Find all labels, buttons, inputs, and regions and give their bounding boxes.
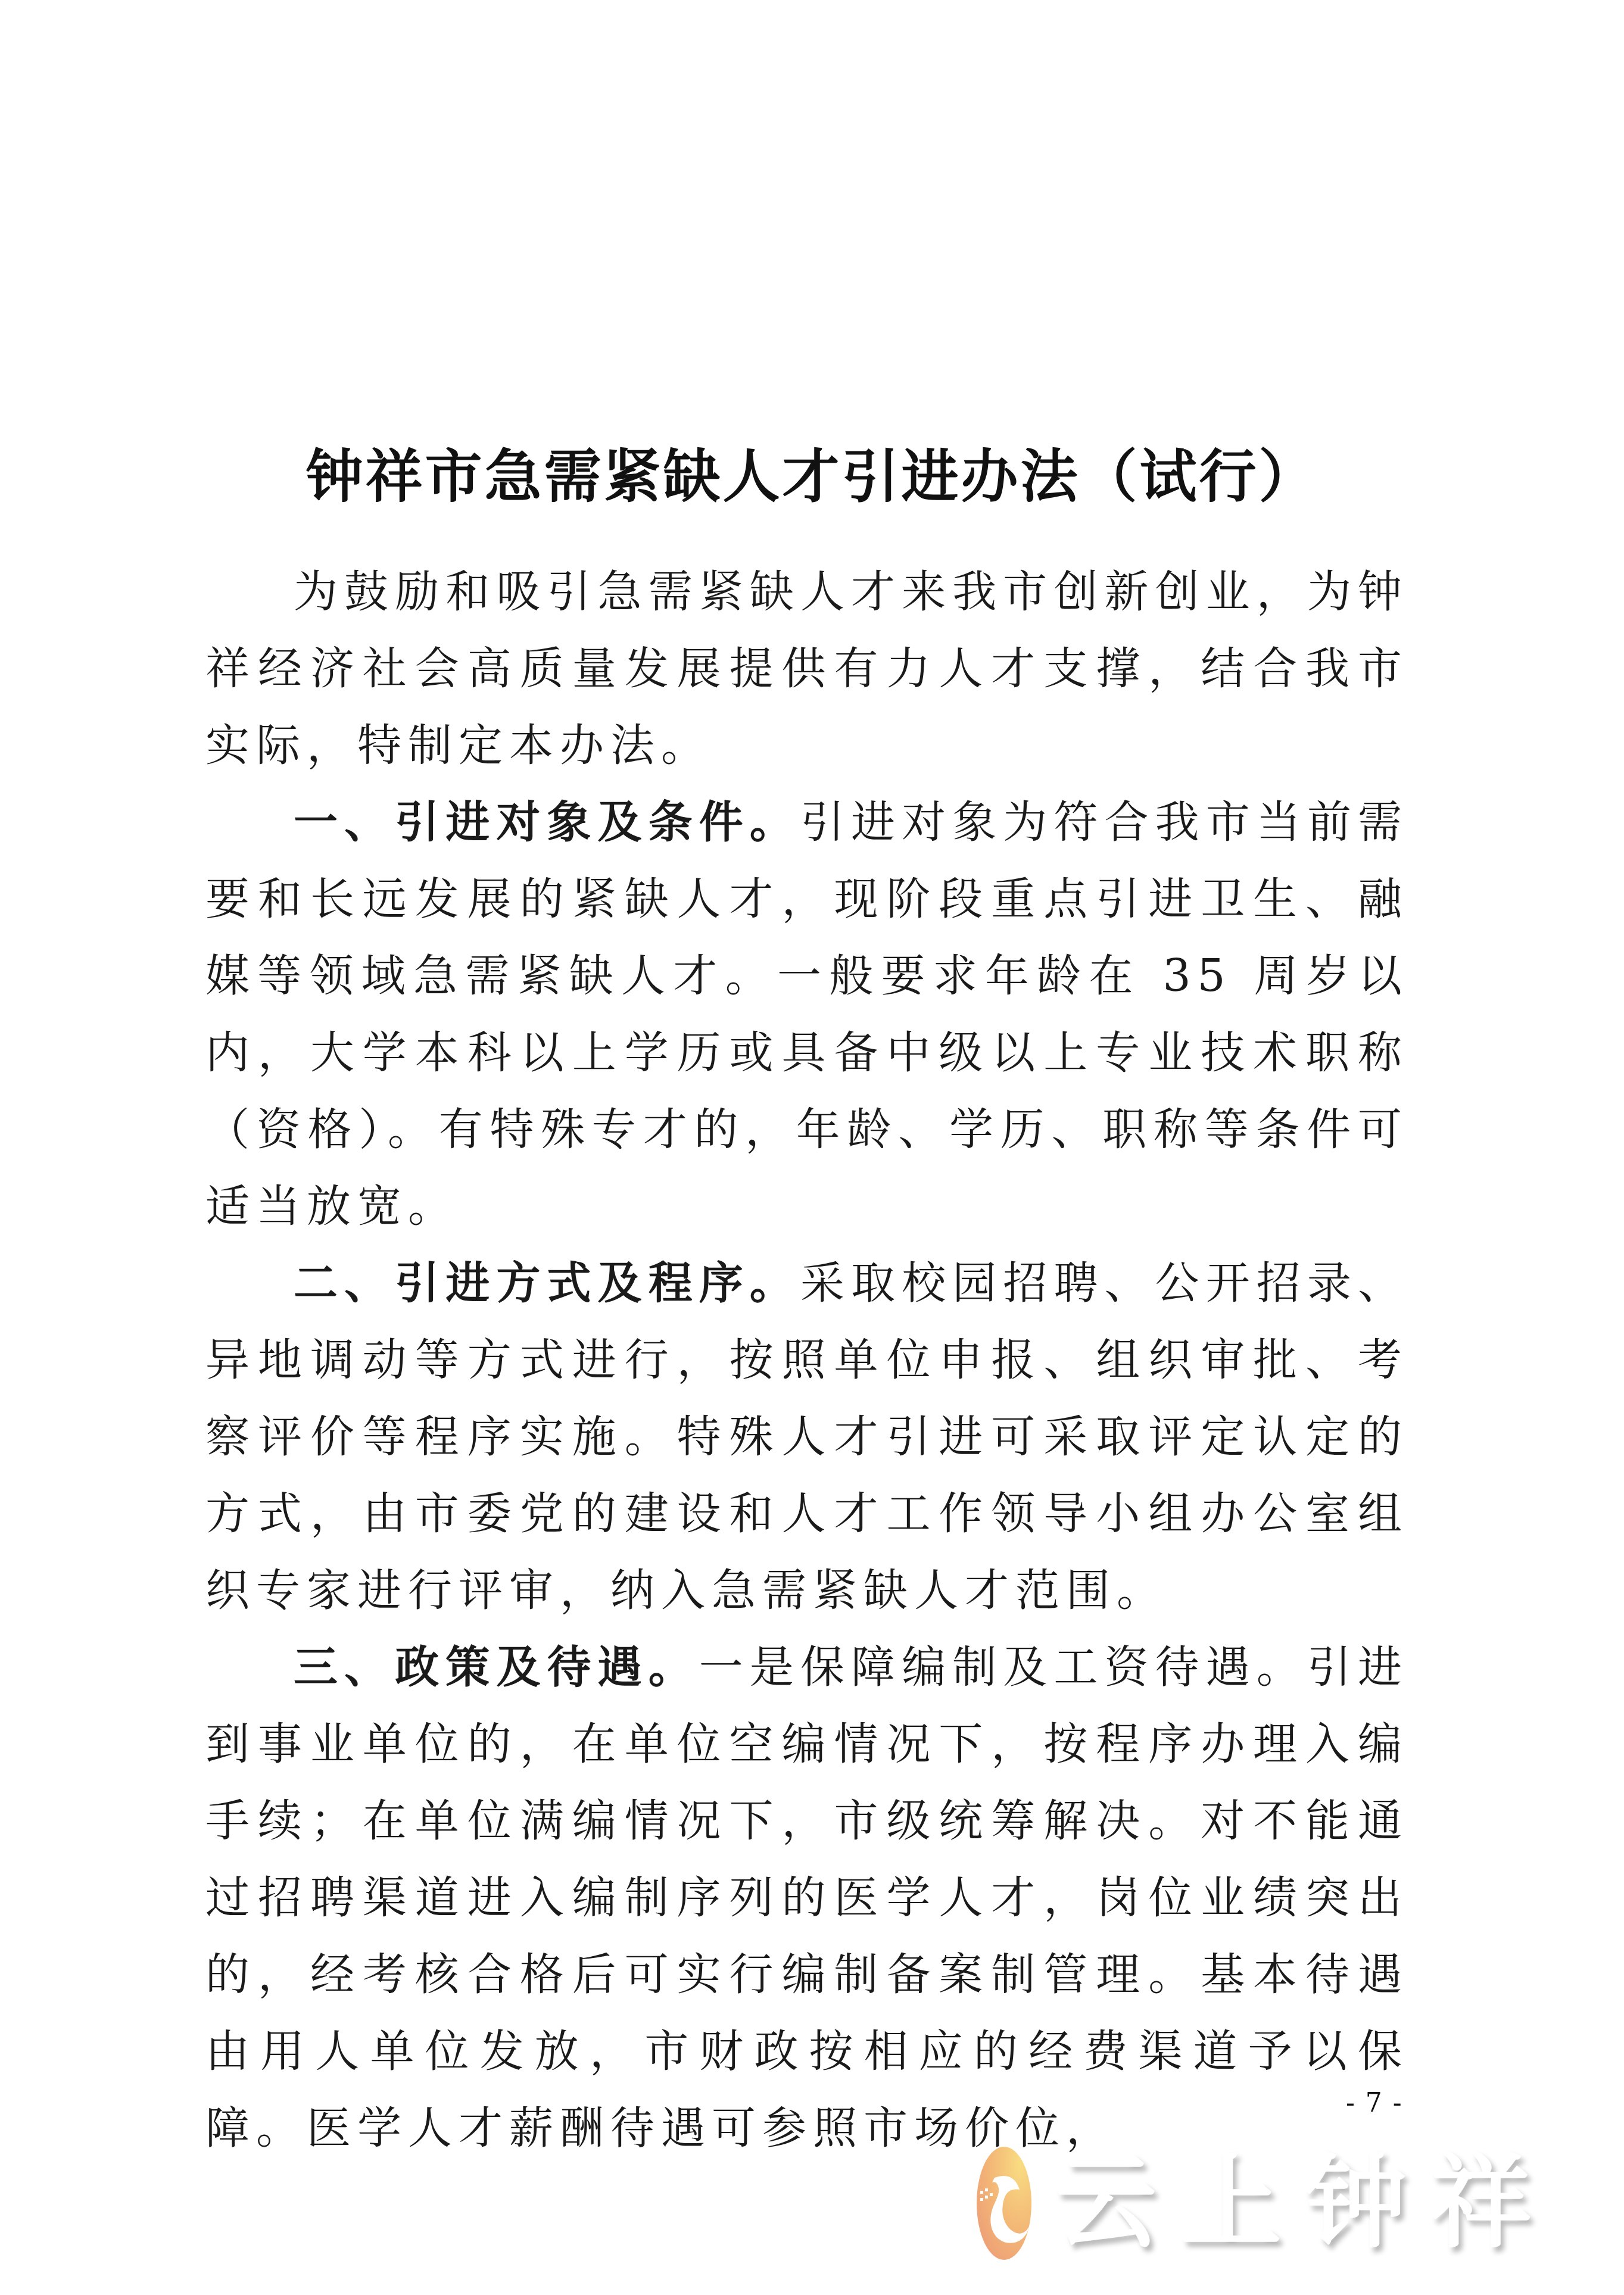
section-3-heading: 三、政策及待遇。	[294, 1642, 699, 1693]
page-number: - 7 -	[1346, 2088, 1403, 2118]
section-3-paragraph: 三、政策及待遇。一是保障编制及工资待遇。引进到事业单位的，在单位空编情况下，按程…	[205, 1629, 1408, 2167]
section-2-heading: 二、引进方式及程序。	[294, 1258, 800, 1309]
section-2-paragraph: 二、引进方式及程序。采取校园招聘、公开招录、异地调动等方式进行，按照单位申报、组…	[205, 1245, 1408, 1629]
paragraph-text: 一是保障编制及工资待遇。引进到事业单位的，在单位空编情况下，按程序办理入编手续；…	[205, 1642, 1408, 2154]
paragraph-text: 引进对象为符合我市当前需要和长远发展的紧缺人才，现阶段重点引进卫生、融媒等领域急…	[205, 797, 1408, 1232]
watermark: 云上钟祥	[977, 2144, 1620, 2263]
yunshang-zhongxiang-logo-icon	[977, 2147, 1031, 2260]
paragraph-text: 采取校园招聘、公开招录、异地调动等方式进行，按照单位申报、组织审批、考察评价等程…	[205, 1258, 1408, 1616]
section-1-heading: 一、引进对象及条件。	[294, 797, 800, 848]
paragraph-text: 为鼓励和吸引急需紧缺人才来我市创新创业，为钟祥经济社会高质量发展提供有力人才支撑…	[205, 566, 1408, 771]
watermark-text: 云上钟祥	[1055, 2153, 1556, 2254]
document-body: 为鼓励和吸引急需紧缺人才来我市创新创业，为钟祥经济社会高质量发展提供有力人才支撑…	[205, 554, 1408, 2167]
intro-paragraph: 为鼓励和吸引急需紧缺人才来我市创新创业，为钟祥经济社会高质量发展提供有力人才支撑…	[205, 554, 1408, 784]
section-1-paragraph: 一、引进对象及条件。引进对象为符合我市当前需要和长远发展的紧缺人才，现阶段重点引…	[205, 784, 1408, 1245]
page-title: 钟祥市急需紧缺人才引进办法（试行）	[0, 431, 1624, 513]
